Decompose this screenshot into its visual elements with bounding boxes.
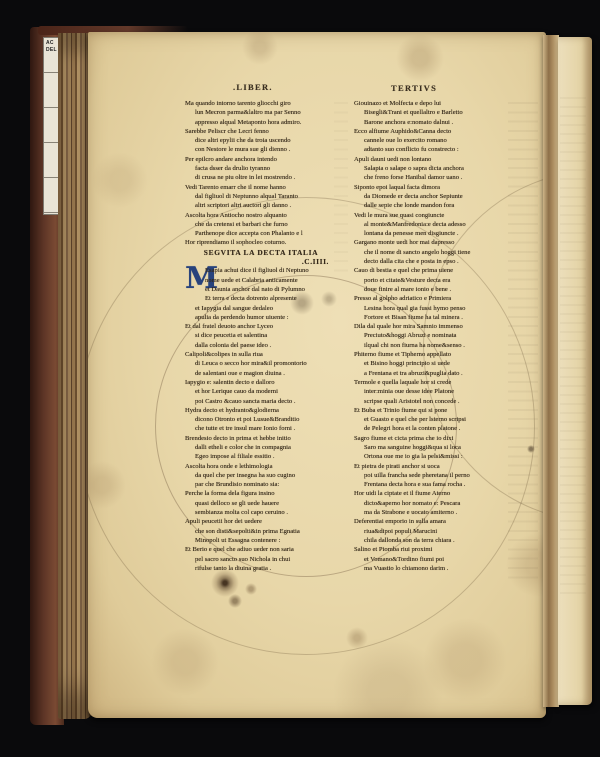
running-header-liber: .LIBER.	[233, 82, 273, 92]
text-line: Presso al golpho adriatico e Primiera	[354, 294, 514, 303]
text-line: et hor Lerique cauo da moderni	[185, 387, 337, 396]
text-line: altri scriptori altri auctori gli danno …	[185, 201, 337, 210]
text-line: apulia da perdendo humor uiuente :	[185, 313, 337, 322]
text-line: Frentana decta hora e sua fama rocha .	[354, 480, 514, 489]
text-line: et Iapygia dal sangue dedaleo	[185, 304, 337, 313]
page-stack-gutter	[58, 33, 92, 719]
text-line: dalla colonia del paese ideo .	[185, 341, 337, 350]
text-line: cannele oue lo exercito romano	[354, 136, 514, 145]
text-line: che il nome di sancto angelo hoggi tiene	[354, 248, 514, 257]
text-line: adtanto suo conflicto fu constrecto :	[354, 145, 514, 154]
text-line: a Frentana et tra abruzi&puglia dato .	[354, 369, 514, 378]
text-line: Vedi le mura sue quasi congiuncte	[354, 211, 514, 220]
text-line: et Vomano&Tordino fiumi poi	[354, 555, 514, 564]
initial-paragraph-lines: Esapia achui dice il figliuol di Neptuno…	[185, 266, 337, 294]
text-line: da Diomede er decta anchor Sepiunte	[354, 192, 514, 201]
text-line: et Bisino hoggi principio si uede	[354, 359, 514, 368]
text-line: Ascolta hora onde e lethimologia	[185, 462, 337, 471]
text-line: decto dalla cita che e posta in epso .	[354, 257, 514, 266]
next-page-sliver	[558, 37, 592, 705]
text-line: ilqual chi non fiurna ha nome&senso .	[354, 341, 514, 350]
text-line: doue finire al mare ionio e bene .	[354, 285, 514, 294]
text-line: Perche la forma dela figura insino	[185, 489, 337, 498]
text-line: chila dallonda son da terra chiara .	[354, 536, 514, 545]
text-line: Et Berio e quel che adiuo ueder non sari…	[185, 545, 337, 554]
text-line: Et terra e decta dotrento alpresente	[185, 294, 337, 303]
text-line: dalli etheli e color che in compagnia	[185, 443, 337, 452]
text-line: Apuli dauni uedi non lontano	[354, 155, 514, 164]
text-line: dal figliuol di Neptunno alqual Taranto	[185, 192, 337, 201]
scan-background: AC DEL .LIBER. TERTIVS Ma quando intorno…	[0, 0, 600, 757]
text-line: Vedi Tarento emarr che il nome hanno	[185, 183, 337, 192]
text-line: Sarebbe Peliscr che Lecri fenno	[185, 127, 337, 136]
text-line: Lesina hora qual gia fussi hymo penso	[354, 304, 514, 313]
text-line: porto et citate&Vesture decta era	[354, 276, 514, 285]
text-line: et Daunia anchor dal nato di Pylumno	[185, 285, 337, 294]
page-fold-edge	[543, 35, 559, 707]
text-line: poi Castro &cauo sancta maria decto .	[185, 397, 337, 406]
text-line: dicto&aperno hor nomato e: Pescara	[354, 499, 514, 508]
text-line: Salino et Piomba riui proximi	[354, 545, 514, 554]
text-line: Bisegli&Trani et quellaltro e Barletto	[354, 108, 514, 117]
text-line: Brendesio decto in prima et hebbe initio	[185, 434, 337, 443]
text-line: dicono Otronto et poi Lusue&Branditio	[185, 415, 337, 424]
right-column-verses: Giouinazo et Molfecta e depo luiBisegli&…	[354, 99, 514, 573]
text-line: Fortore et Bisan fiume ha tal minera .	[354, 313, 514, 322]
text-line: che freno forse Hanibal damor uano .	[354, 173, 514, 182]
text-line: Ecco alfiume Auphido&Canna decto	[354, 127, 514, 136]
text-line: Siponto epoi laqual facta dimora	[354, 183, 514, 192]
text-line: Esapia achui dice il figliuol di Neptuno	[185, 266, 337, 275]
text-line: Apuli peucetii hor dei uedere	[185, 517, 337, 526]
text-line: scripse quali Aristotel non concede .	[354, 397, 514, 406]
text-line: inter:minia oue desse idee Platone	[354, 387, 514, 396]
text-line: Giouinazo et Molfecta e depo lui	[354, 99, 514, 108]
text-line: Salapia o salape o sapra dicta anchora	[354, 164, 514, 173]
text-line: Et dal fratel deuoto anchor Lyceo	[185, 322, 337, 331]
text-line: ma Vuastio lo chiamono darim .	[354, 564, 514, 573]
text-line: al monte&Manfredonia:e decta adesso	[354, 220, 514, 229]
illuminated-initial: M	[185, 266, 205, 294]
text-line: con Nestore le mura sue gli dienno .	[185, 145, 337, 154]
text-line: Dila dal quale hor mira Samnio immenso	[354, 322, 514, 331]
text-line: facta dsser da drulio tyranno	[185, 164, 337, 173]
text-line: Gargano monte uedi hor mai dapresso	[354, 238, 514, 247]
text-line: par che Brundisio nominato sia:	[185, 480, 337, 489]
text-line: di Leuca o secco hor mira&il promontorio	[185, 359, 337, 368]
text-line: Parthenope dice accepta con Phalanto e l	[185, 229, 337, 238]
text-line: Ascolta hora Antiocho nostro alquanto	[185, 211, 337, 220]
text-line: dice altri epylii che da troia uscendo	[185, 136, 337, 145]
text-line: lontana da penesse men disgiuncte .	[354, 229, 514, 238]
text-line: Deferentiai emporio in sulla amara	[354, 517, 514, 526]
text-line: Hydra decto et hydranto&glodierna	[185, 406, 337, 415]
text-line: pel sacro sancto suo Nichola in chui	[185, 555, 337, 564]
section-heading: SEGVITA LA DECTA ITALIA	[185, 248, 337, 257]
text-line: che da cretensi et barbari che furno	[185, 220, 337, 229]
text-line: de Pelegri hora et la conten platone .	[354, 424, 514, 433]
text-line: dalle sepie che londe mandon fora	[354, 201, 514, 210]
text-line: nome uede et Calabria anticamente	[185, 276, 337, 285]
text-line: da quel che per insegna ha suo cugino	[185, 471, 337, 480]
text-line: Et Buba et Trinio fiume qui si pone	[354, 406, 514, 415]
text-line: rifulse tanto la diuina gratia .	[185, 564, 337, 573]
left-text-column: Ma quando intorno tarento gliocchi girol…	[185, 99, 337, 573]
text-line: Calipoli&colipes in sulla riua	[185, 350, 337, 359]
text-line: Minopoli ut Essagna contenere :	[185, 536, 337, 545]
text-line: Iapygio e: salentin decto e dalloro	[185, 378, 337, 387]
text-line: Saro ma sanguine hoggi&qua si loca	[354, 443, 514, 452]
text-line: si dice peucetia et salentina	[185, 331, 337, 340]
next-page-bleedthrough	[560, 97, 586, 597]
text-line: Cauo di bestia e quel che prima uiene	[354, 266, 514, 275]
text-line: quasi delloco se gli uede hauere	[185, 499, 337, 508]
text-line: di crusa ne piu oltre in lei mostrendo .	[185, 173, 337, 182]
text-line: Et pietra de pirati anchor si uoca	[354, 462, 514, 471]
text-line: Egeo impose al filiale essitio .	[185, 452, 337, 461]
text-line: Per epilcro andare anchora intendo	[185, 155, 337, 164]
right-text-column: Giouinazo et Molfecta e depo luiBisegli&…	[354, 99, 514, 573]
text-line: Hor uidi la ciptate et il fiume Aterno	[354, 489, 514, 498]
text-line: sembianza molta col capo ceruino .	[185, 508, 337, 517]
text-line: appresso alqual Metaponto hora admiro.	[185, 118, 337, 127]
text-line: et Guasto e quel che per lsterno scripsi	[354, 415, 514, 424]
running-header-tertius: TERTIVS	[391, 83, 437, 93]
text-line: Preciuto&hoggi Abruzi e nominata	[354, 331, 514, 340]
text-line: Ma quando intorno tarento gliocchi giro	[185, 99, 337, 108]
text-line: che son disti&sepolti&in prima Egnatia	[185, 527, 337, 536]
text-line: Sagro fiume et cicta prima che io dixi	[354, 434, 514, 443]
text-line: riua&dipoi populi Marucini	[354, 527, 514, 536]
text-line: de salentani oue e magion diuina .	[185, 369, 337, 378]
text-line: che tutte et tre insul mare Ionio forni …	[185, 424, 337, 433]
left-column-verses-top: Ma quando intorno tarento gliocchi girol…	[185, 99, 337, 248]
text-line: Hor riprendiamo il sophocleo coturno.	[185, 238, 337, 247]
text-line: Barone anchora e:nomato dalnui .	[354, 118, 514, 127]
text-line: poi uilla francha sede pheretana il pern…	[354, 471, 514, 480]
text-line: Ortona oue me io gia la pelsi&missi :	[354, 452, 514, 461]
text-line: ma da Strabone e uocato amiterno .	[354, 508, 514, 517]
text-line: Phiterno fiume et Tipherno appellato	[354, 350, 514, 359]
text-line: lun Mecron parma&laltro ma par Senno	[185, 108, 337, 117]
initial-paragraph: M Esapia achui dice il figliuol di Neptu…	[185, 266, 337, 294]
text-line: Termole e quella laquale hor si crede	[354, 378, 514, 387]
left-column-verses-bottom: Et terra e decta dotrento alpresenteet I…	[185, 294, 337, 573]
